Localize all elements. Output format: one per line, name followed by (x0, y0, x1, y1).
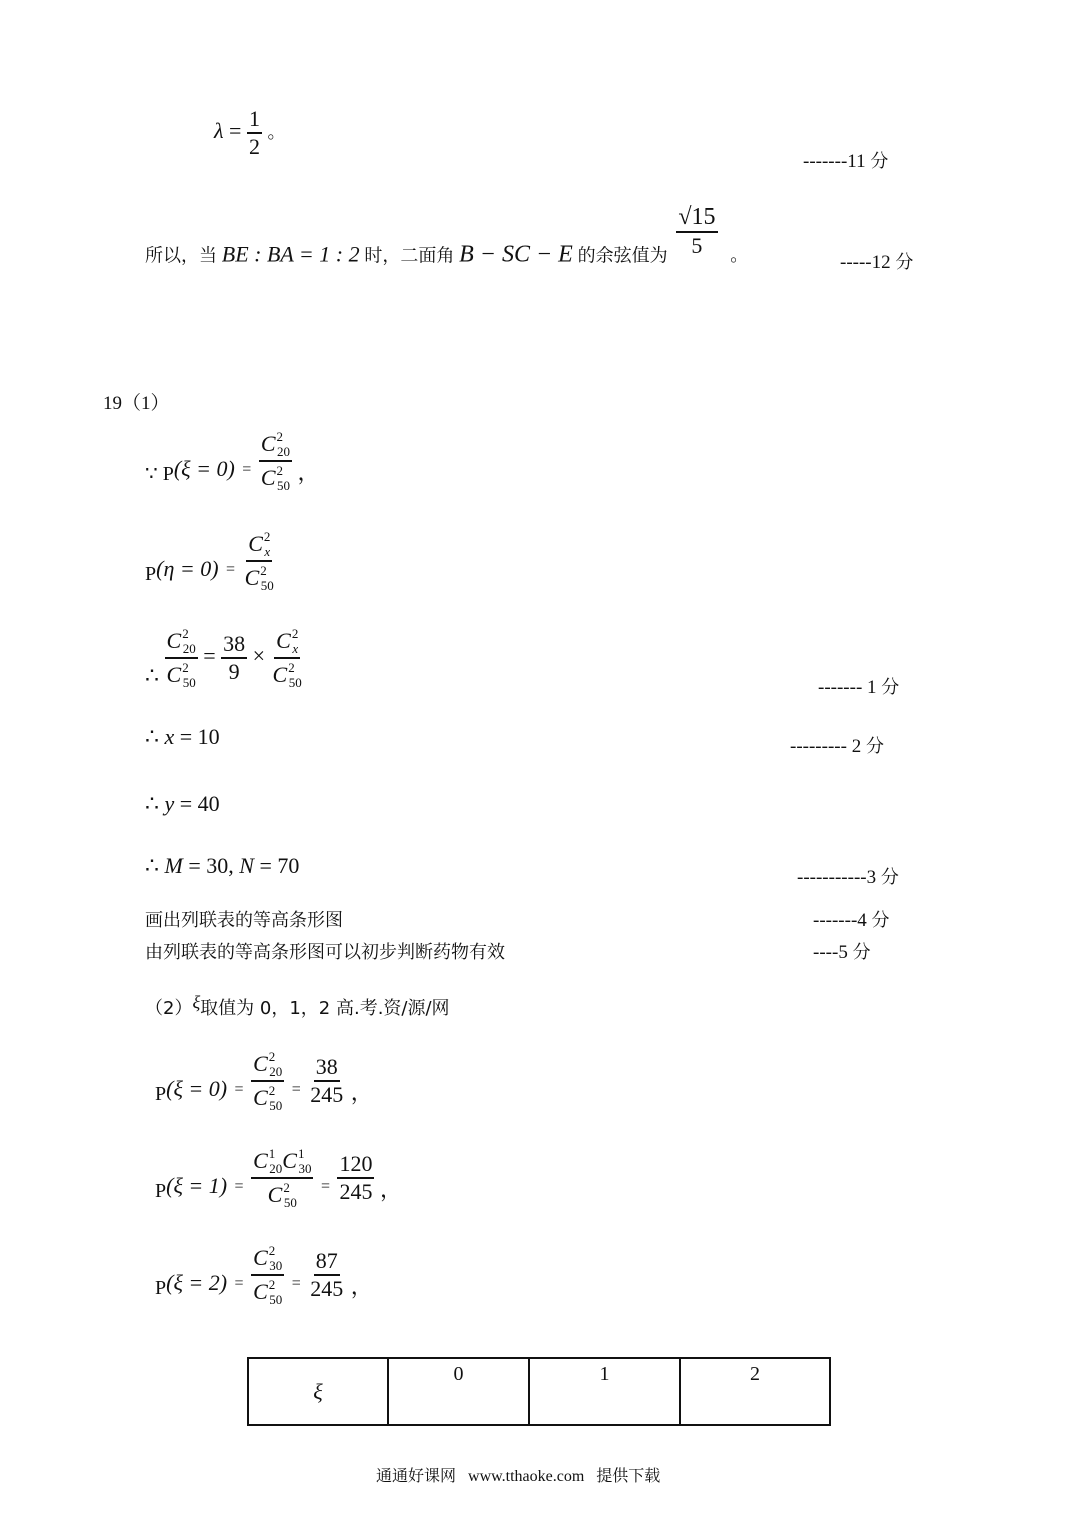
numerator: √15 (676, 205, 717, 233)
c-symbol: C (167, 662, 182, 687)
event-arg: (ξ = 0) (174, 456, 235, 481)
subscript: 50 (289, 675, 302, 690)
combination-fraction: C230 C250 (251, 1244, 284, 1306)
score-12: -----12 分 (840, 248, 913, 274)
variable-x: x (165, 724, 175, 749)
score-unit: 分 (881, 867, 899, 888)
denominator: 245 (308, 1082, 345, 1106)
footer-url: www.tthaoke.com (468, 1468, 584, 1485)
subscript: 50 (269, 1098, 282, 1113)
score-points: 4 (857, 910, 867, 931)
c-symbol: C (273, 662, 288, 687)
ratio-equation: ∴ C220 C250 = 38 9 × C2x C250 (145, 627, 304, 689)
score-2: --------- 2 分 (790, 732, 884, 758)
subscript: 20 (269, 1064, 282, 1079)
score-points: 5 (838, 942, 848, 963)
equals-sign: = (229, 118, 241, 143)
heading-text: 取值为 0，1，2 高.考.资/源/网 (200, 998, 449, 1019)
coefficient-fraction: 38 9 (221, 633, 247, 683)
table-header-xi: ξ (248, 1358, 388, 1425)
result-fraction: 87 245 (308, 1250, 345, 1300)
ratio-expression: BE : BA = 1 : 2 (222, 241, 360, 266)
table-cell-value-0: 0 (388, 1358, 529, 1425)
conclusion-prefix: 所以，当 (145, 245, 217, 266)
draw-chart-step: 画出列联表的等高条形图 (145, 906, 343, 932)
subscript: 20 (183, 641, 196, 656)
question-19-part2-heading: （2）ξ取值为 0，1，2 高.考.资/源/网 (145, 992, 450, 1020)
conclusion-mid: 时，二面角 (364, 245, 454, 266)
denominator: 245 (308, 1276, 345, 1300)
c-symbol: C (261, 431, 276, 456)
equals-sign: = (321, 1178, 330, 1195)
superscript: 2 (277, 463, 284, 478)
score-unit: 分 (853, 942, 871, 963)
m-n-values: ∴ M = 30, N = 70 (145, 853, 299, 879)
superscript: 1 (269, 1146, 276, 1161)
value-m: = 30, (188, 853, 233, 878)
table-cell-value-2: 2 (680, 1358, 830, 1425)
subscript: 30 (269, 1258, 282, 1273)
combination-fraction: C2x C250 (243, 530, 276, 592)
result-fraction: 38 245 (308, 1056, 345, 1106)
fraction-sqrt15-over-5: √15 5 (676, 205, 717, 257)
c-symbol: C (248, 531, 263, 556)
superscript: 2 (269, 1243, 276, 1258)
score-unit: 分 (881, 677, 899, 698)
page-footer: 通通好课网 www.tthaoke.com 提供下载 (376, 1463, 660, 1486)
numerator: 38 (221, 633, 247, 659)
subscript: 30 (298, 1161, 311, 1176)
dihedral-angle-label: B − SC − E (459, 241, 573, 267)
times-sign: × (253, 643, 265, 668)
subscript: 20 (277, 444, 290, 459)
event-arg: (ξ = 1) (166, 1173, 227, 1198)
score-dashes: ---- (813, 942, 838, 963)
superscript: 2 (182, 660, 189, 675)
footer-suffix: 提供下载 (596, 1466, 660, 1485)
subscript: 50 (261, 578, 274, 593)
comma: ， (351, 1274, 373, 1299)
superscript: 2 (260, 563, 267, 578)
y-equals-40: ∴ y = 40 (145, 791, 220, 817)
score-1: ------- 1 分 (818, 673, 899, 699)
event-arg: (ξ = 0) (166, 1076, 227, 1101)
part-label: （2） (145, 998, 192, 1019)
score-dashes: --------- (790, 736, 847, 757)
score-unit: 分 (895, 252, 913, 273)
superscript: 2 (288, 660, 295, 675)
lambda-equation: λ = 1 2 。 (214, 108, 285, 158)
equals-sign: = (226, 561, 235, 578)
p-eta-equals-0-equation: P(η = 0) = C2x C250 (145, 530, 276, 592)
p-symbol: P (145, 563, 156, 585)
equals-sign: = (235, 1178, 244, 1195)
variable-y: y (165, 791, 175, 816)
score-unit: 分 (866, 736, 884, 757)
superscript: 1 (298, 1146, 305, 1161)
p-xi-equals-0-equation: ∵ P(ξ = 0) = C220 C250 ， (145, 430, 320, 492)
c-symbol: C (245, 565, 260, 590)
combination-fraction: C220 C250 (251, 1050, 284, 1112)
p-xi-0-result: P(ξ = 0) = C220 C250 = 38 245 ， (155, 1050, 373, 1112)
numerator: 38 (314, 1056, 340, 1082)
subscript: 20 (269, 1161, 282, 1176)
c-symbol: C (261, 465, 276, 490)
fraction-one-half: 1 2 (247, 108, 262, 158)
comma: ， (380, 1177, 402, 1202)
score-points: 12 (872, 252, 891, 273)
xi-symbol: ξ (192, 992, 200, 1012)
superscript: 2 (292, 626, 299, 641)
dihedral-conclusion: 所以，当 BE : BA = 1 : 2 时，二面角 B − SC − E 的余… (145, 205, 748, 268)
value: = 40 (180, 791, 220, 816)
equals-sign: = (203, 643, 215, 668)
variable-n: N (239, 853, 254, 878)
score-unit: 分 (872, 910, 890, 931)
p-xi-1-result: P(ξ = 1) = C120C130 C250 = 120 245 ， (155, 1147, 402, 1209)
lhs-fraction: C220 C250 (165, 627, 198, 689)
denominator: 245 (337, 1179, 374, 1203)
denominator: 2 (247, 134, 262, 158)
therefore-symbol: ∴ (145, 663, 159, 688)
footer-site-name: 通通好课网 (376, 1466, 456, 1485)
score-3: -----------3 分 (797, 863, 899, 889)
lambda-symbol: λ (214, 118, 224, 143)
score-points: 1 (867, 677, 877, 698)
combination-fraction: C220 C250 (259, 430, 292, 492)
score-dashes: ------- (803, 151, 847, 172)
equals-sign: = (242, 461, 251, 478)
therefore-symbol: ∴ (145, 724, 159, 749)
because-p: ∵ P (145, 463, 174, 485)
subscript: 50 (183, 675, 196, 690)
therefore-symbol: ∴ (145, 791, 159, 816)
event-arg: (η = 0) (156, 556, 218, 581)
therefore-symbol: ∴ (145, 853, 159, 878)
score-dashes: ------- (813, 910, 857, 931)
equals-sign: = (235, 1275, 244, 1292)
p-symbol: P (155, 1180, 166, 1202)
score-11: -------11 分 (803, 147, 888, 173)
table-row: ξ 0 1 2 (248, 1358, 830, 1425)
distribution-table: ξ 0 1 2 (247, 1357, 831, 1426)
rhs-fraction: C2x C250 (271, 627, 304, 689)
value-n: = 70 (259, 853, 299, 878)
subscript: 50 (284, 1195, 297, 1210)
c-symbol: C (276, 628, 291, 653)
subscript: 50 (277, 478, 290, 493)
superscript: 2 (269, 1049, 276, 1064)
comma: ， (351, 1080, 373, 1105)
numerator: 87 (314, 1250, 340, 1276)
equals-sign: = (292, 1081, 301, 1098)
numerator: 120 (337, 1153, 374, 1179)
event-arg: (ξ = 2) (166, 1270, 227, 1295)
denominator: 9 (227, 659, 242, 683)
score-points: 11 (847, 151, 865, 172)
superscript: 2 (269, 1277, 276, 1292)
subscript: x (292, 641, 298, 656)
variable-m: M (165, 853, 183, 878)
conclusion-suffix: 的余弦值为 (578, 245, 668, 266)
value: = 10 (180, 724, 220, 749)
superscript: 2 (264, 529, 271, 544)
c-symbol: C (167, 628, 182, 653)
p-symbol: P (155, 1083, 166, 1105)
score-dashes: ------- (818, 677, 862, 698)
subscript: 50 (269, 1292, 282, 1307)
numerator: 1 (247, 108, 262, 134)
score-5: ----5 分 (813, 938, 871, 964)
x-equals-10: ∴ x = 10 (145, 724, 220, 750)
superscript: 2 (283, 1180, 290, 1195)
combination-fraction: C120C130 C250 (251, 1147, 313, 1209)
judge-drug-step: 由列联表的等高条形图可以初步判断药物有效 (145, 938, 505, 964)
score-4: -------4 分 (813, 906, 890, 932)
superscript: 2 (269, 1083, 276, 1098)
score-unit: 分 (870, 151, 888, 172)
subscript: x (264, 544, 270, 559)
score-points: 3 (867, 867, 877, 888)
table-cell-value-1: 1 (529, 1358, 680, 1425)
superscript: 2 (182, 626, 189, 641)
p-xi-2-result: P(ξ = 2) = C230 C250 = 87 245 ， (155, 1244, 373, 1306)
result-fraction: 120 245 (337, 1153, 374, 1203)
period: 。 (730, 245, 748, 266)
equals-sign: = (292, 1275, 301, 1292)
comma: ， (298, 460, 320, 485)
question-19-part1-heading: 19（1） (103, 388, 170, 415)
p-symbol: P (155, 1277, 166, 1299)
superscript: 2 (277, 429, 284, 444)
score-dashes: ----- (840, 252, 872, 273)
score-points: 2 (852, 736, 862, 757)
denominator: 5 (689, 233, 704, 257)
score-dashes: ----------- (797, 867, 867, 888)
equals-sign: = (235, 1081, 244, 1098)
period: 。 (267, 122, 285, 143)
